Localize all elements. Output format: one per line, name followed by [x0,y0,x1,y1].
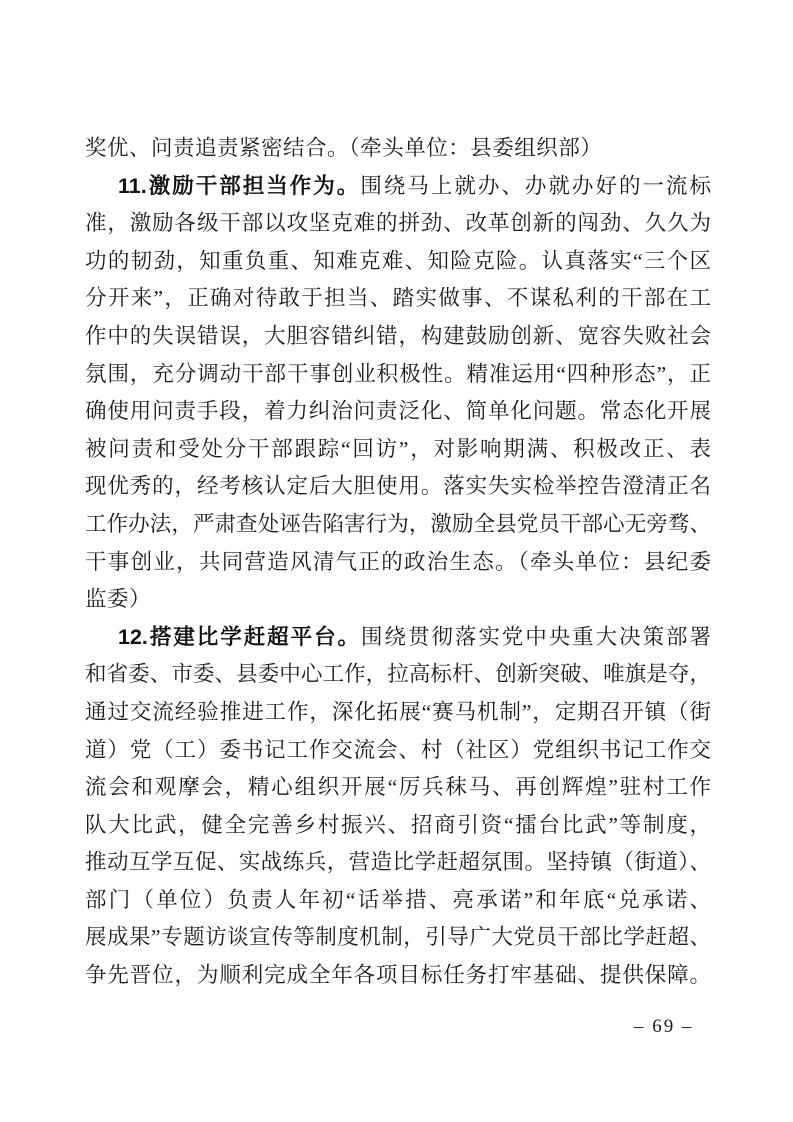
line-text: 奖优、问责追责紧密结合。（牵头单位：县委组织部） [85,136,602,160]
line-text: 作中的失误错误，大胆容错纠错，构建鼓励创新、宽容失败社会 [85,324,711,348]
line-text: 通过交流经验推进工作，深化拓展“赛马机制”，定期召开镇（街 [85,700,711,724]
line-text: 队大比武，健全完善乡村振兴、招商引资“擂台比武”等制度， [85,813,711,837]
paragraph-line: 工作办法，严肃查处诬告陷害行为，激励全县党员干部心无旁骛、 [85,506,711,544]
line-text: 功的韧劲，知重负重、知难克难、知险克险。认真落实“三个区 [85,249,711,273]
paragraph-line: 氛围，充分调动干部干事创业积极性。精准运用“四种形态”，正 [85,356,711,394]
paragraph-line: 推动互学互促、实战练兵，营造比学赶超氛围。坚持镇（街道）、 [85,844,711,882]
paragraph-line: 和省委、市委、县委中心工作，拉高标杆、创新突破、唯旗是夺， [85,656,711,694]
paragraph-line: 队大比武，健全完善乡村振兴、招商引资“擂台比武”等制度， [85,807,711,845]
document-page: 奖优、问责追责紧密结合。（牵头单位：县委组织部） 11.激励干部担当作为。围绕马… [0,0,793,1122]
paragraph-line: 部门（单位）负责人年初“话举措、亮承诺”和年底“兑承诺、 [85,882,711,920]
page-number: – 69 – [634,1016,694,1038]
paragraph-line: 奖优、问责追责紧密结合。（牵头单位：县委组织部） [85,130,711,168]
line-text: 准，激励各级干部以攻坚克难的拼劲、改革创新的闯劲、久久为 [85,211,711,235]
line-text: 争先晋位，为顺利完成全年各项目标任务打牢基础、提供保障。 [85,963,711,987]
line-text: 分开来”，正确对待敢于担当、踏实做事、不谋私利的干部在工 [85,286,711,310]
paragraph-line: 分开来”，正确对待敢于担当、踏实做事、不谋私利的干部在工 [85,280,711,318]
line-text: 道）党（工）委书记工作交流会、村（社区）党组织书记工作交 [85,738,711,762]
section-heading-12: 12.搭建比学赶超平台。 [118,625,361,649]
paragraph-line: 通过交流经验推进工作，深化拓展“赛马机制”，定期召开镇（街 [85,694,711,732]
paragraph-line: 准，激励各级干部以攻坚克难的拼劲、改革创新的闯劲、久久为 [85,205,711,243]
line-text: 部门（单位）负责人年初“话举措、亮承诺”和年底“兑承诺、 [85,888,711,912]
document-body: 奖优、问责追责紧密结合。（牵头单位：县委组织部） 11.激励干部担当作为。围绕马… [85,130,711,995]
line-text: 干事创业，共同营造风清气正的政治生态。（牵头单位：县纪委 [85,550,711,574]
line-text: 工作办法，严肃查处诬告陷害行为，激励全县党员干部心无旁骛、 [85,512,711,536]
paragraph-line: 干事创业，共同营造风清气正的政治生态。（牵头单位：县纪委 [85,544,711,582]
paragraph-line: 11.激励干部担当作为。围绕马上就办、办就办好的一流标 [85,168,711,206]
section-heading-11: 11.激励干部担当作为。 [118,174,360,198]
paragraph-line: 确使用问责手段，着力纠治问责泛化、简单化问题。常态化开展 [85,393,711,431]
paragraph-line: 功的韧劲，知重负重、知难克难、知险克险。认真落实“三个区 [85,243,711,281]
line-text: 展成果”专题访谈宣传等制度机制，引导广大党员干部比学赶超、 [85,925,711,949]
line-text: 和省委、市委、县委中心工作，拉高标杆、创新突破、唯旗是夺， [85,662,711,686]
line-text: 确使用问责手段，着力纠治问责泛化、简单化问题。常态化开展 [85,399,711,423]
paragraph-line: 展成果”专题访谈宣传等制度机制，引导广大党员干部比学赶超、 [85,919,711,957]
line-text: 围绕马上就办、办就办好的一流标 [360,174,711,198]
paragraph-line: 现优秀的，经考核认定后大胆使用。落实失实检举控告澄清正名 [85,468,711,506]
line-text: 围绕贯彻落实党中央重大决策部署 [361,625,711,649]
paragraph-line: 作中的失误错误，大胆容错纠错，构建鼓励创新、宽容失败社会 [85,318,711,356]
paragraph-line: 被问责和受处分干部跟踪“回访”，对影响期满、积极改正、表 [85,431,711,469]
paragraph-line: 监委） [85,581,711,619]
line-text: 氛围，充分调动干部干事创业积极性。精准运用“四种形态”，正 [85,362,711,386]
line-text: 现优秀的，经考核认定后大胆使用。落实失实检举控告澄清正名 [85,474,711,498]
line-text: 推动互学互促、实战练兵，营造比学赶超氛围。坚持镇（街道）、 [85,850,711,874]
line-text: 被问责和受处分干部跟踪“回访”，对影响期满、积极改正、表 [85,437,711,461]
paragraph-line: 12.搭建比学赶超平台。围绕贯彻落实党中央重大决策部署 [85,619,711,657]
paragraph-line: 道）党（工）委书记工作交流会、村（社区）党组织书记工作交 [85,732,711,770]
paragraph-line: 争先晋位，为顺利完成全年各项目标任务打牢基础、提供保障。 [85,957,711,995]
line-text: 流会和观摩会，精心组织开展“厉兵秣马、再创辉煌”驻村工作 [85,775,711,799]
paragraph-line: 流会和观摩会，精心组织开展“厉兵秣马、再创辉煌”驻村工作 [85,769,711,807]
line-text: 监委） [85,587,151,611]
